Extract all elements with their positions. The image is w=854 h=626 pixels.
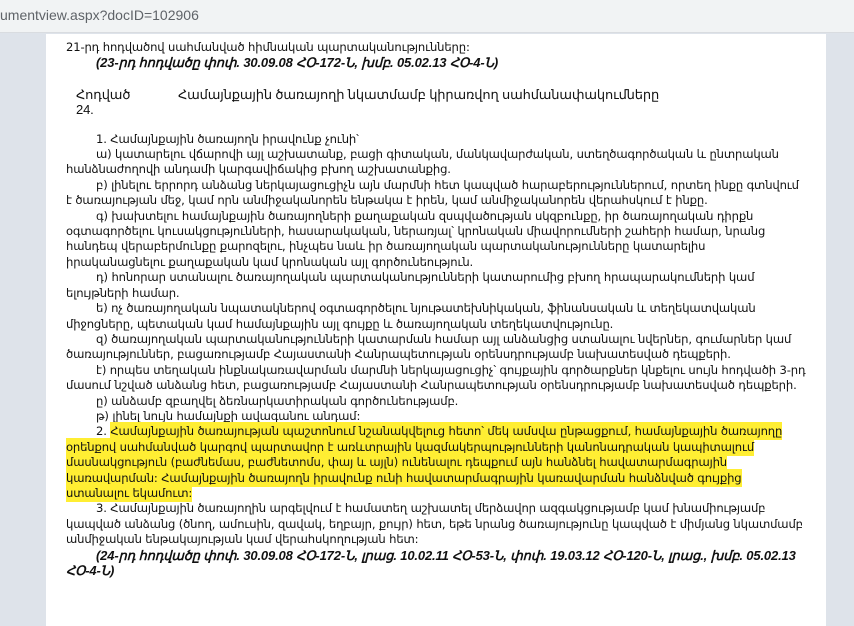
list-item: բ) լինելու երրորդ անձանց ներկայացուցիչն …: [66, 178, 806, 209]
part-2-number: 2.: [96, 424, 107, 438]
part-1-intro: 1. Համայնքային ծառայողն իրավունք չունի՝: [66, 132, 806, 147]
highlighted-text: Համայնքային ծառայության պաշտոնում նշանակ…: [66, 422, 782, 502]
part-3-paragraph: 3. Համայնքային ծառայողին արգելվում է համ…: [66, 501, 806, 547]
list-item: ը) անձամբ զբաղվել ձեռնարկատիրական գործու…: [66, 394, 806, 409]
article-title: Համայնքային ծառայողի նկատմամբ կիրառվող ս…: [150, 87, 659, 118]
article-number: Հոդված 24.: [66, 87, 150, 118]
list-item: գ) խախտելու համայնքային ծառայողների քաղա…: [66, 209, 806, 271]
document-body: 21-րդ հոդվածով սահմանված հիմնական պարտակ…: [66, 38, 806, 578]
list-item: ե) ոչ ծառայողական նպատակներով օգտագործել…: [66, 301, 806, 332]
list-item: զ) ծառայողական պարտականությունների կատար…: [66, 332, 806, 363]
amendment-note: (24-րդ հոդվածը փոփ. 30.09.08 ՀՕ-172-Ն, լ…: [66, 548, 806, 579]
previous-article-tail: 21-րդ հոդվածով սահմանված հիմնական պարտակ…: [66, 40, 806, 55]
list-item: ա) կատարելու վճարովի այլ աշխատանք, բացի …: [66, 147, 806, 178]
url-text[interactable]: umentview.aspx?docID=102906: [0, 7, 199, 23]
part-2-paragraph: 2. Համայնքային ծառայության պաշտոնում նշա…: [66, 424, 806, 501]
list-item: դ) հոնորար ստանալու ծառայողական պարտական…: [66, 270, 806, 301]
cut-off-text-line: [46, 34, 826, 37]
browser-address-bar[interactable]: umentview.aspx?docID=102906: [0, 0, 854, 33]
article-heading: Հոդված 24. Համայնքային ծառայողի նկատմամբ…: [66, 87, 806, 118]
document-page: 21-րդ հոդվածով սահմանված հիմնական պարտակ…: [46, 34, 826, 626]
amendment-note: (23-րդ հոդվածը փոփ. 30.09.08 ՀՕ-172-Ն, խ…: [66, 55, 806, 70]
list-item: է) որպես տեղական ինքնակառավարման մարմնի …: [66, 363, 806, 394]
